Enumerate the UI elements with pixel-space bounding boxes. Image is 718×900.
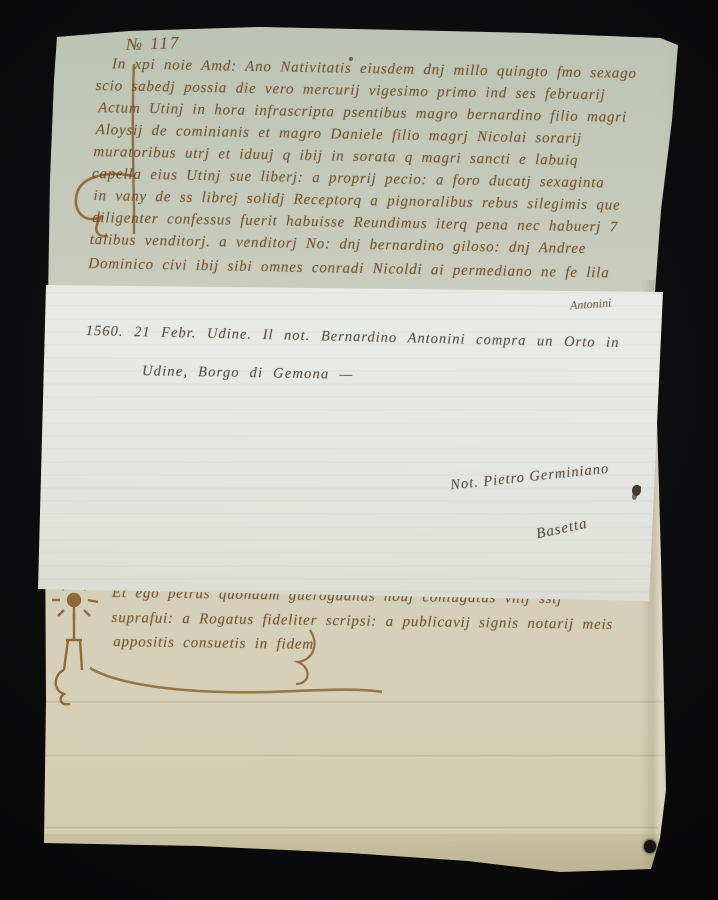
archivist-slip: Antonini 1560. 21 Febr. Udine. Il not. B…	[36, 281, 668, 603]
manuscript-line: Aloysij de cominianis et magro Daniele f…	[96, 122, 582, 148]
slip-corner-note: Antonini	[570, 296, 612, 314]
manuscript-line: talibus venditorj. a venditorj No: dnj b…	[90, 232, 587, 258]
pen-flourish-icon	[60, 628, 400, 708]
crease-line	[46, 754, 664, 758]
manuscript-line: Dominico civi ibij sibi omnes conradi Ni…	[88, 256, 609, 283]
slip-notary-note: Not. Pietro Germiniano	[450, 461, 611, 495]
parchment-hole	[644, 840, 656, 853]
photo-background: № 117 In xpi noie Amd: Ano Nativitatis e…	[0, 0, 718, 900]
scratch-mark	[56, 869, 142, 881]
manuscript-lower-block: Et ego petrus quondam gueroguanus nouj c…	[7, 0, 718, 129]
crease-line	[46, 826, 658, 830]
fold-shading	[44, 834, 664, 872]
manuscript-line: muratoribus utrj et iduuj q ibij in sora…	[93, 144, 578, 170]
ink-blot	[632, 485, 641, 496]
slip-place-line: Udine, Borgo di Gemona —	[142, 363, 354, 384]
ink-spot	[349, 57, 353, 61]
slip-signature: Basetta	[535, 516, 589, 543]
slip-date-line: 1560. 21 Febr. Udine. Il not. Bernardino…	[86, 323, 620, 352]
